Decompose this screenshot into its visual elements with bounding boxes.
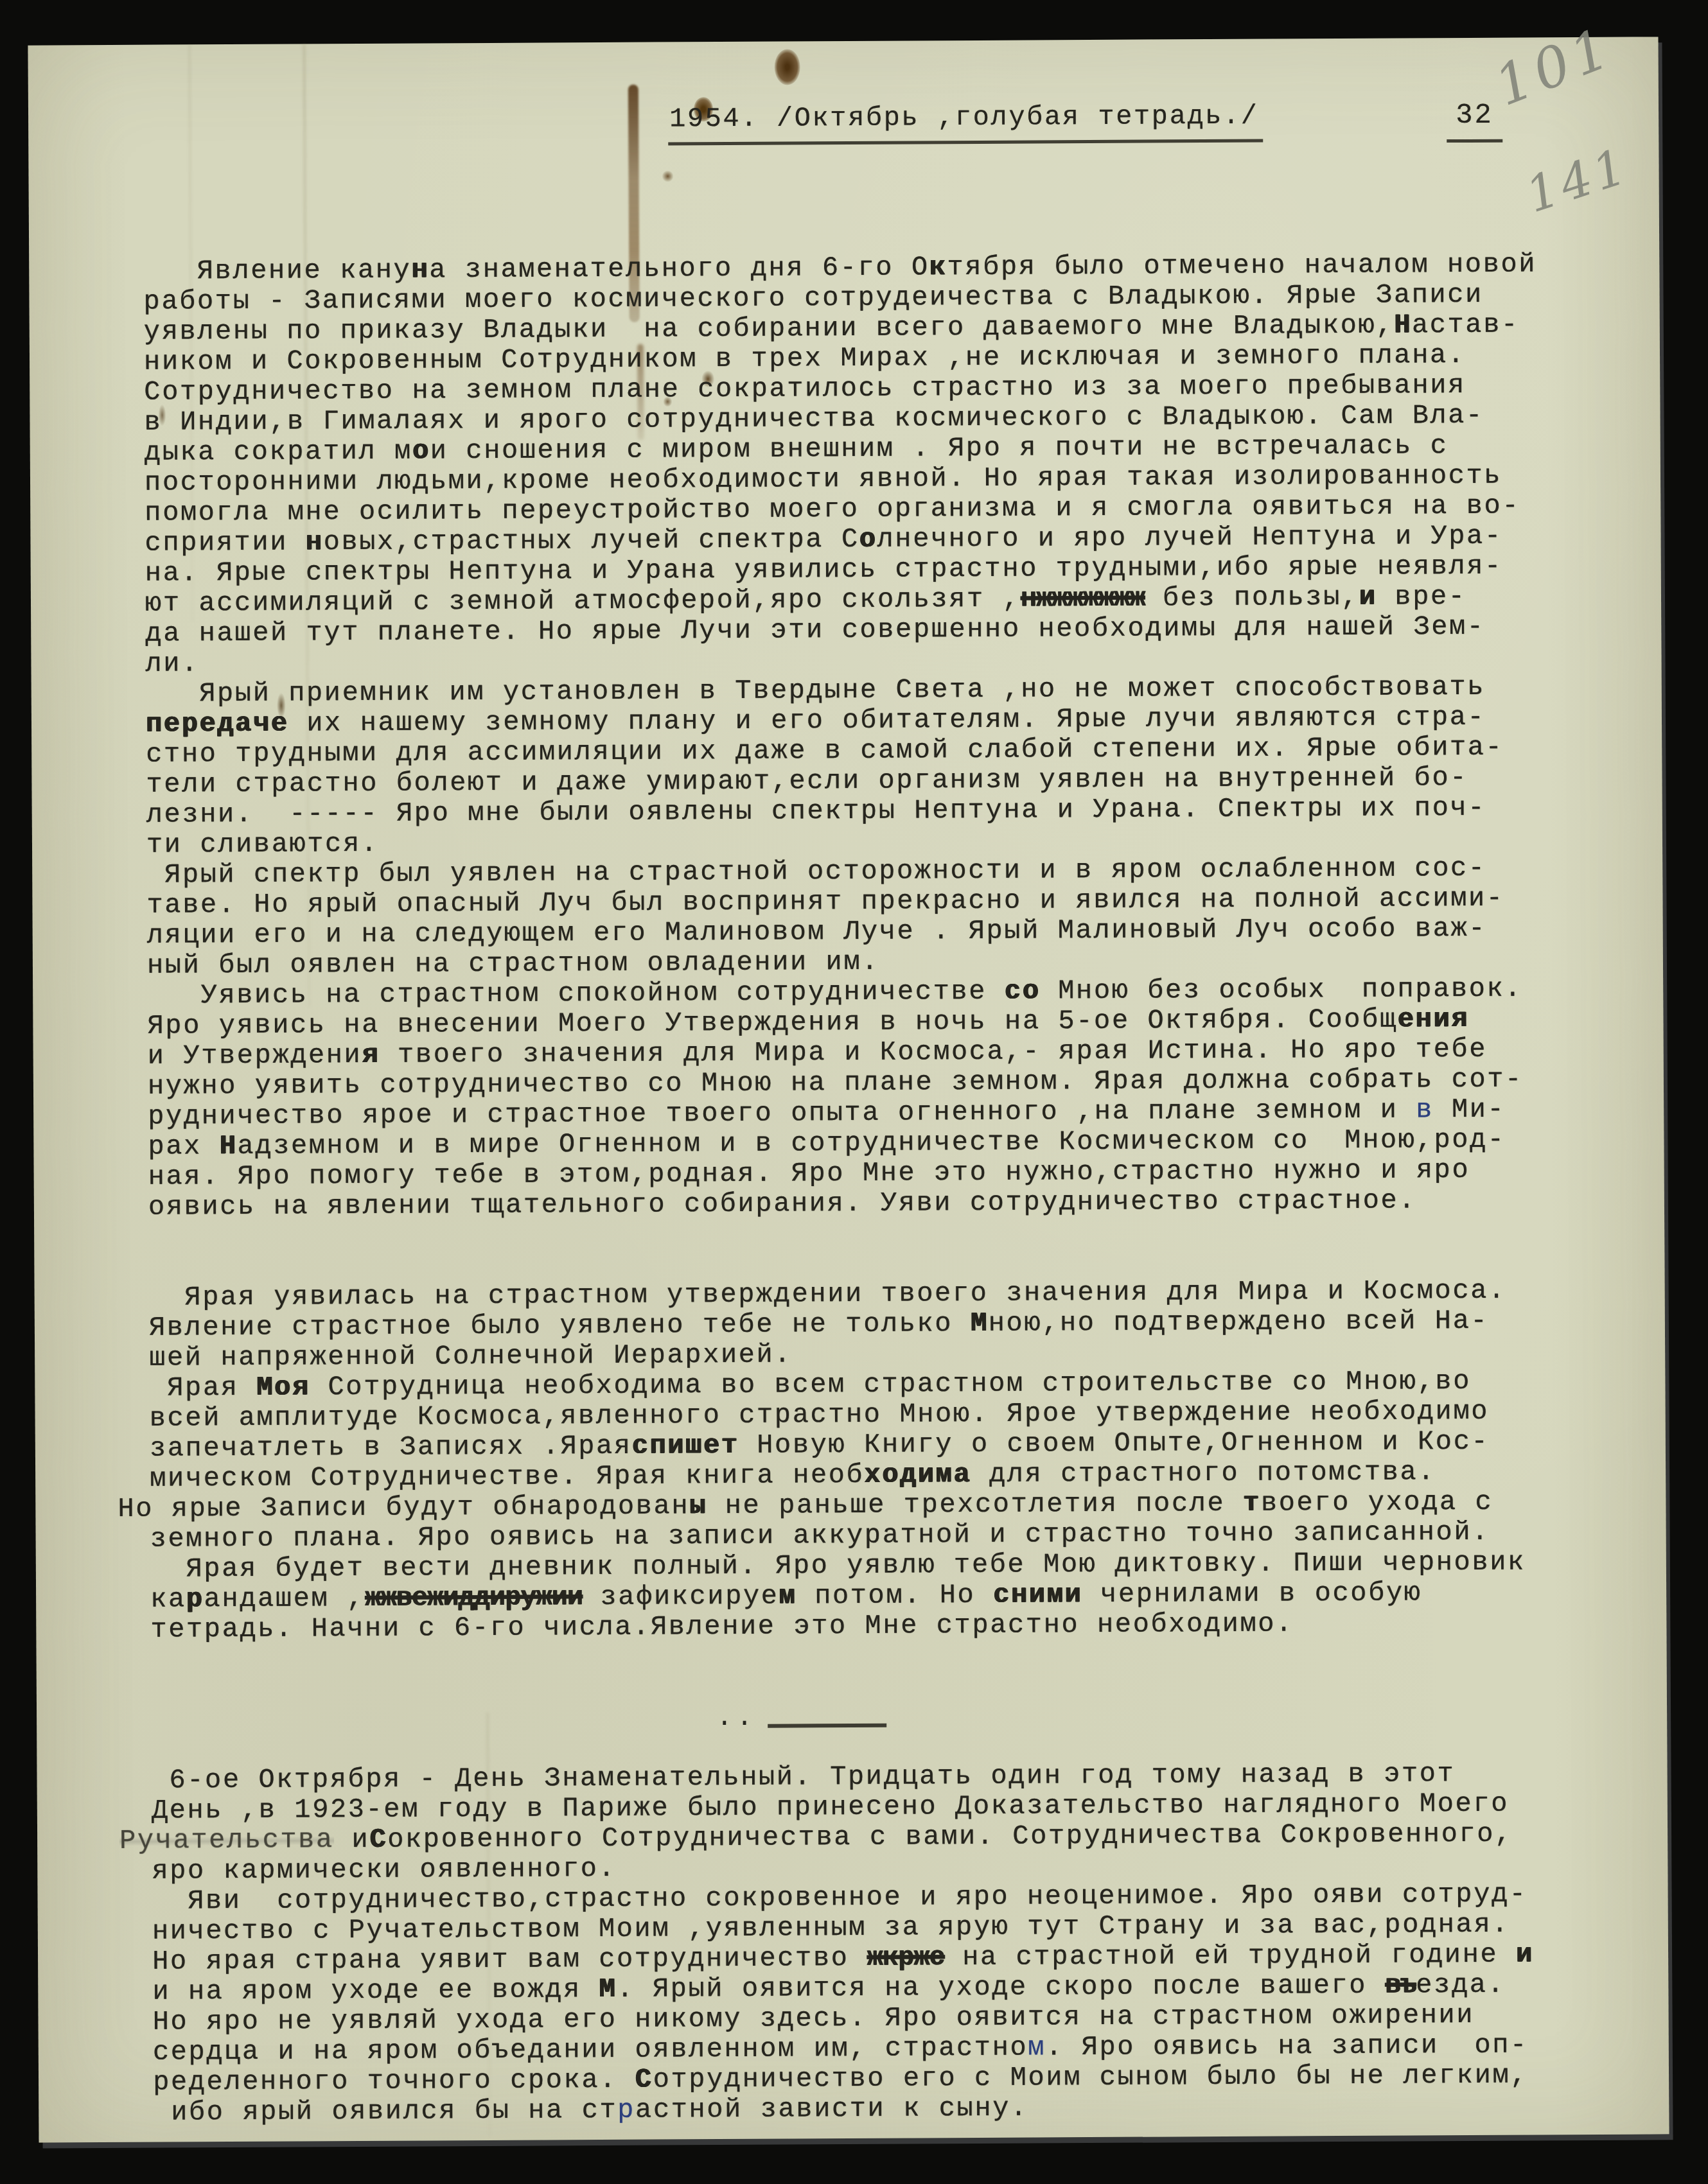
separator-dots: .. bbox=[716, 1702, 757, 1733]
overtyped-text: передаче bbox=[146, 708, 289, 740]
struck-word: жжвежиддиружии bbox=[365, 1582, 583, 1614]
overtyped-text: о bbox=[859, 524, 877, 555]
overtyped-text: о bbox=[412, 435, 430, 466]
overtyped-text: С bbox=[635, 2065, 653, 2095]
paper-stain bbox=[775, 49, 800, 85]
paper-stain bbox=[662, 170, 674, 182]
overtyped-text: я bbox=[362, 1040, 380, 1070]
overtyped-text: спишет bbox=[631, 1430, 739, 1462]
typewritten-page: 1954. /Октябрь ,голубая тетрадь./ 32 101… bbox=[28, 37, 1669, 2142]
overtyped-text: М bbox=[599, 1974, 617, 2005]
overtyped-text: С bbox=[369, 1824, 387, 1855]
overtyped-text: н bbox=[411, 254, 429, 285]
struck-word: жкржс bbox=[867, 1942, 944, 1973]
overtyped-text: М bbox=[971, 1308, 989, 1339]
section-separator: .. bbox=[151, 1697, 1648, 1735]
overtyped-text: н bbox=[306, 527, 324, 557]
document-body: Явление кануна знаменательного дня 6-го … bbox=[143, 249, 1650, 2128]
pencil-note-bottom: 141 bbox=[1519, 137, 1637, 224]
text-line: оявись на явлении тщательного собирания.… bbox=[148, 1185, 1645, 1223]
overtyped-text: к bbox=[929, 252, 947, 283]
overtyped-text: ы bbox=[689, 1490, 707, 1521]
overtyped-text: и bbox=[1359, 582, 1377, 613]
struck-word: нжжжжжжж bbox=[1020, 583, 1145, 615]
separator-rule bbox=[768, 1702, 886, 1728]
overtyped-text: сними bbox=[993, 1579, 1082, 1611]
overtyped-text: со bbox=[1005, 975, 1041, 1006]
text-line: тетрадь. Начни с 6-го числа.Явление это … bbox=[150, 1607, 1647, 1645]
struck-word: въ bbox=[1385, 1970, 1416, 2000]
pen-correction: в bbox=[1416, 1094, 1434, 1125]
overtyped-text: р bbox=[186, 1584, 204, 1614]
pen-correction: р bbox=[617, 2095, 635, 2126]
overtyped-text: Н bbox=[220, 1131, 238, 1162]
overtyped-text: ения bbox=[1398, 1004, 1469, 1035]
overtyped-text: ходима bbox=[864, 1459, 971, 1490]
text-line: ибо ярый оявился бы на страстной зависти… bbox=[153, 2090, 1650, 2127]
pen-correction: м bbox=[1028, 2032, 1046, 2063]
overtyped-text: Ручательства bbox=[119, 1824, 334, 1856]
overtyped-text: Н bbox=[1394, 310, 1412, 340]
overtyped-text: т bbox=[1243, 1488, 1261, 1519]
overtyped-text: и bbox=[1516, 1939, 1534, 1970]
overtyped-text: м bbox=[779, 1580, 797, 1611]
overtyped-text: Моя bbox=[256, 1372, 310, 1402]
page-number: 32 bbox=[1447, 100, 1502, 143]
page-title: 1954. /Октябрь ,голубая тетрадь./ bbox=[668, 101, 1263, 146]
